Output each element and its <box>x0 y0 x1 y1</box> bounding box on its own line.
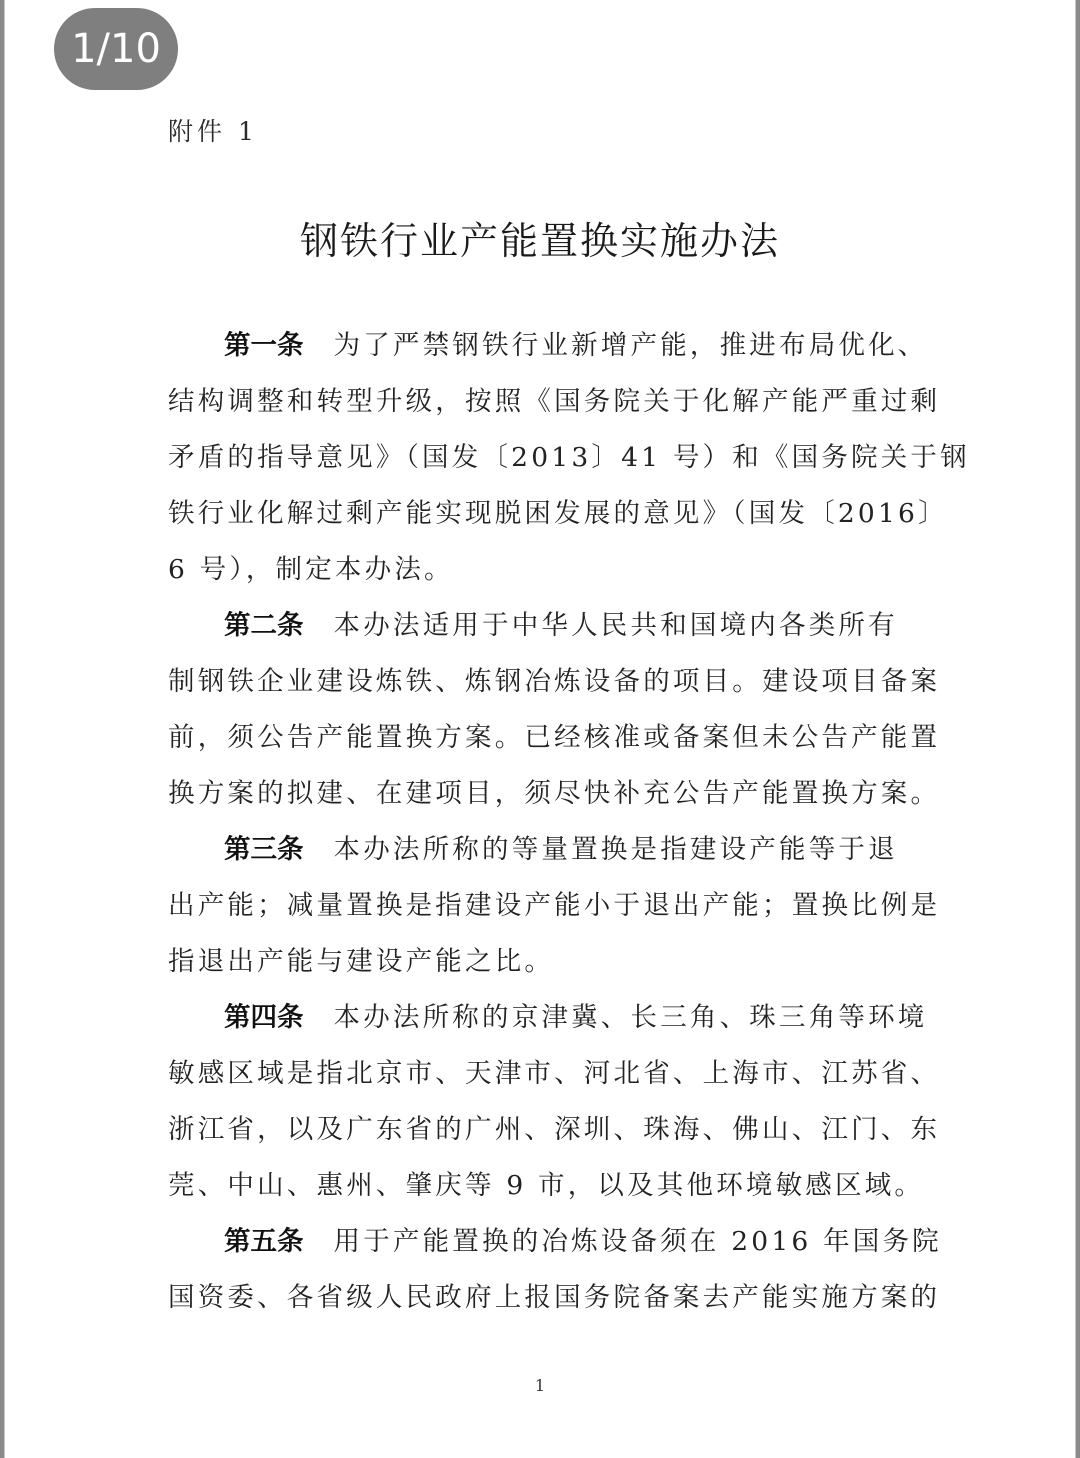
article-2-line-1: 第二条本办法适用于中华人民共和国境内各类所有 <box>168 602 912 658</box>
article-2-line-4: 换方案的拟建、在建项目，须尽快补充公告产能置换方案。 <box>168 770 912 826</box>
article-5-line-2: 国资委、各省级人民政府上报国务院备案去产能实施方案的 <box>168 1274 912 1330</box>
article-1-line-3: 矛盾的指导意见》（国发〔2013〕41 号）和《国务院关于钢 <box>168 434 912 490</box>
article-2-line-3: 前，须公告产能置换方案。已经核准或备案但未公告产能置 <box>168 714 912 770</box>
article-1-line-4: 铁行业化解过剩产能实现脱困发展的意见》（国发〔2016〕 <box>168 490 912 546</box>
document-title: 钢铁行业产能置换实施办法 <box>0 210 1080 265</box>
article-number: 第四条 <box>224 1002 304 1033</box>
document-viewer: 1/10 附件 1 钢铁行业产能置换实施办法 第一条为了严禁钢铁行业新增产能，推… <box>0 0 1080 1458</box>
article-1-line-5: 6 号），制定本办法。 <box>168 546 912 602</box>
page-number: 1 <box>0 1376 1080 1395</box>
article-3-line-1: 第三条本办法所称的等量置换是指建设产能等于退 <box>168 826 912 882</box>
article-number: 第三条 <box>224 834 304 865</box>
document-body: 第一条为了严禁钢铁行业新增产能，推进布局优化、 结构调整和转型升级，按照《国务院… <box>168 322 912 1330</box>
article-3-line-3: 指退出产能与建设产能之比。 <box>168 938 912 994</box>
article-4-line-3: 浙江省，以及广东省的广州、深圳、珠海、佛山、江门、东 <box>168 1106 912 1162</box>
article-number: 第二条 <box>224 610 304 641</box>
article-4-line-1: 第四条本办法所称的京津冀、长三角、珠三角等环境 <box>168 994 912 1050</box>
article-text: 为了严禁钢铁行业新增产能，推进布局优化、 <box>334 330 928 361</box>
article-2-line-2: 制钢铁企业建设炼铁、炼钢冶炼设备的项目。建设项目备案 <box>168 658 912 714</box>
article-number: 第一条 <box>224 330 304 361</box>
article-1-line-1: 第一条为了严禁钢铁行业新增产能，推进布局优化、 <box>168 322 912 378</box>
article-text: 本办法适用于中华人民共和国境内各类所有 <box>334 610 898 641</box>
article-text: 本办法所称的京津冀、长三角、珠三角等环境 <box>334 1002 928 1033</box>
article-4-line-2: 敏感区域是指北京市、天津市、河北省、上海市、江苏省、 <box>168 1050 912 1106</box>
page-indicator-badge: 1/10 <box>54 8 178 90</box>
article-3-line-2: 出产能；减量置换是指建设产能小于退出产能；置换比例是 <box>168 882 912 938</box>
attachment-label: 附件 1 <box>168 112 258 148</box>
article-text: 本办法所称的等量置换是指建设产能等于退 <box>334 834 898 865</box>
article-1-line-2: 结构调整和转型升级，按照《国务院关于化解产能严重过剩 <box>168 378 912 434</box>
article-5-line-1: 第五条用于产能置换的冶炼设备须在 2016 年国务院 <box>168 1218 912 1274</box>
article-text: 用于产能置换的冶炼设备须在 2016 年国务院 <box>334 1226 942 1257</box>
article-number: 第五条 <box>224 1226 304 1257</box>
article-4-line-4: 莞、中山、惠州、肇庆等 9 市，以及其他环境敏感区域。 <box>168 1162 912 1218</box>
